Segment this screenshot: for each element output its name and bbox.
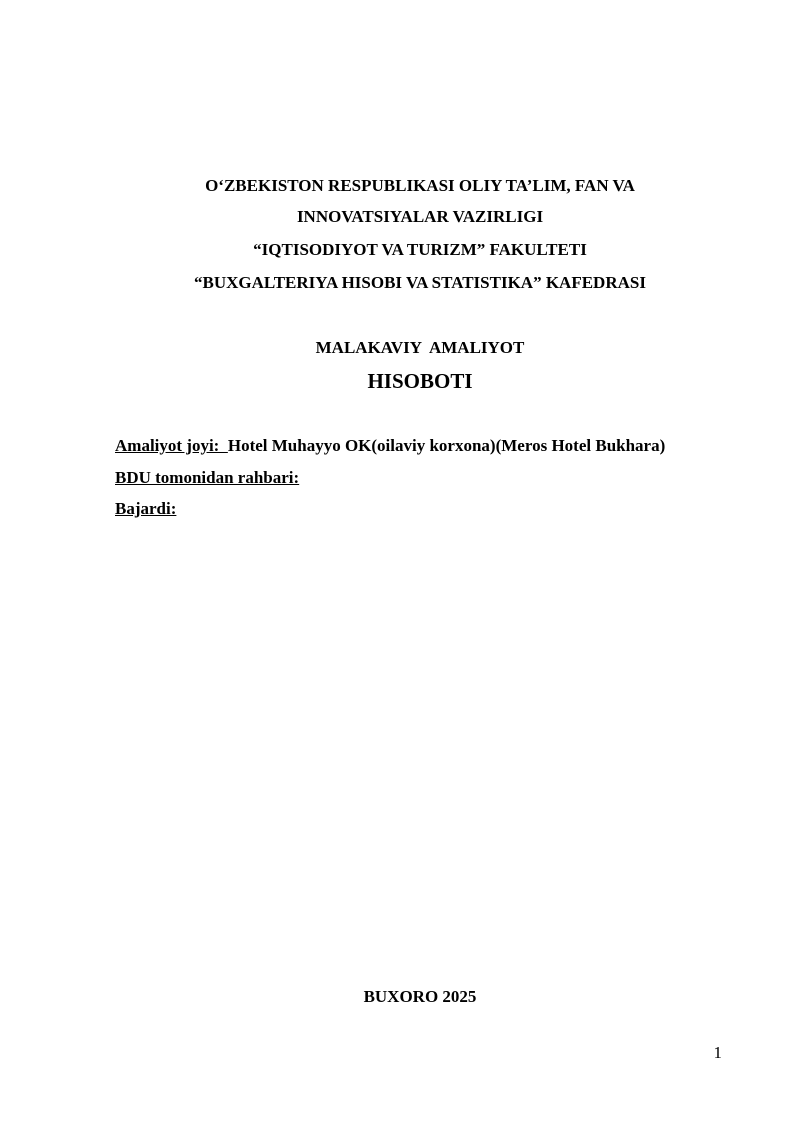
document-page: O‘ZBEKISTON RESPUBLIKASI OLIY TA’LIM, FA… [0,0,800,1131]
practice-place-label: Amaliyot joyi: [115,436,228,455]
practice-place-line: Amaliyot joyi: Hotel Muhayyo OK(oilaviy … [115,436,665,456]
ministry-line-1: O‘ZBEKISTON RESPUBLIKASI OLIY TA’LIM, FA… [0,176,800,196]
practice-place-value: Hotel Muhayyo OK(oilaviy korxona)(Meros … [228,436,665,455]
department-name: “BUXGALTERIYA HISOBI VA STATISTIKA” KAFE… [0,273,800,293]
performer-line: Bajardi: [115,499,176,519]
ministry-line-2: INNOVATSIYALAR VAZIRLIGI [0,207,800,227]
faculty-name: “IQTISODIYOT VA TURIZM” FAKULTETI [0,240,800,260]
city-year: BUXORO 2025 [0,987,800,1007]
page-number: 1 [700,1043,722,1063]
supervisor-label: BDU tomonidan rahbari: [115,468,299,487]
report-title-line-2: HISOBOTI [0,369,800,393]
report-title-line-1: MALAKAVIY AMALIYOT [0,338,800,358]
performer-label: Bajardi: [115,499,176,518]
supervisor-line: BDU tomonidan rahbari: [115,468,299,488]
